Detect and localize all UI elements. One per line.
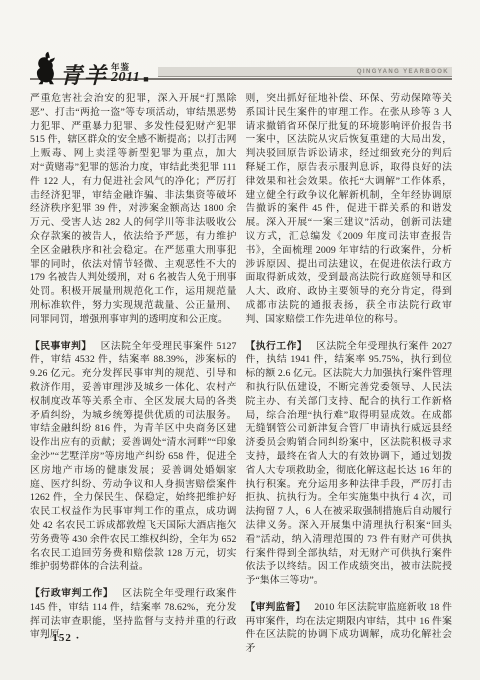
paragraph: 【审判监督】2010 年区法院审监庭新收 18 件再审案件，均在法定期限内审结，… (246, 601, 453, 656)
header-banner: QINGYANG YEARBOOK (158, 67, 452, 77)
goat-logo-icon (32, 51, 58, 85)
right-column: 则，突出抓好征地补偿、环保、劳动保障等关系国计民生案件的审理工作。在张从珍等 3… (246, 92, 453, 669)
entry-text: 区法院全年受理民事案件 5127 件，审结 4532 件，结案率 88.39%，… (30, 341, 237, 573)
paragraph: 【民事审判】区法院全年受理民事案件 5127 件，审结 4532 件，结案率 8… (30, 340, 237, 575)
entry-heading: 【民事审判】 (30, 341, 92, 352)
entry-heading: 【行政审判工作】 (30, 588, 113, 599)
entry-heading: 【执行工作】 (246, 341, 308, 352)
banner-text: QINGYANG YEARBOOK (357, 69, 449, 75)
left-column: 严重危害社会治安的犯罪，深入开展“打黑除恶”、打击“两抢一盗”等专项活动，审结黑… (30, 92, 237, 669)
entry-text: 区法院全年受理执行案件 2027 件，执结 1941 件，结案率 95.75%，… (246, 341, 453, 587)
scanned-yearbook-page: 青羊 年鉴 2011 ■ QINGYANG YEARBOOK 严重危害社会治安的… (0, 0, 480, 680)
square-mark-icon: ■ (143, 75, 148, 84)
year-label: 2011 (111, 71, 140, 85)
page-header: 青羊 年鉴 2011 ■ QINGYANG YEARBOOK (30, 42, 452, 80)
paragraph: 则，突出抓好征地补偿、环保、劳动保障等关系国计民生案件的审理工作。在张从珍等 3… (246, 92, 453, 327)
entry-text: 严重危害社会治安的犯罪，深入开展“打黑除恶”、打击“两抢一盗”等专项活动，审结黑… (30, 93, 237, 325)
page-number: · 152 · (44, 632, 80, 644)
paragraph: 严重危害社会治安的犯罪，深入开展“打黑除恶”、打击“两抢一盗”等专项活动，审结黑… (30, 92, 237, 327)
text-columns: 严重危害社会治安的犯罪，深入开展“打黑除恶”、打击“两抢一盗”等专项活动，审结黑… (30, 92, 452, 669)
entry-heading: 【审判监督】 (246, 602, 306, 613)
yearbook-logo: 青羊 年鉴 2011 ■ (32, 51, 149, 85)
brand-stack: 年鉴 2011 (111, 63, 140, 86)
paragraph: 【执行工作】区法院全年受理执行案件 2027 件，执结 1941 件，结案率 9… (246, 340, 453, 588)
brand-title: 青羊 (60, 65, 108, 87)
entry-text: 则，突出抓好征地补偿、环保、劳动保障等关系国计民生案件的审理工作。在张从珍等 3… (246, 93, 453, 325)
